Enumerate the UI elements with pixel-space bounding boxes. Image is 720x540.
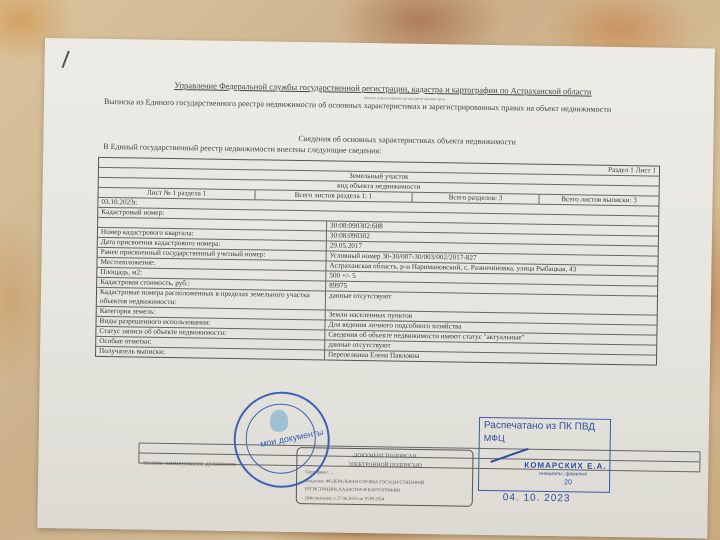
handwritten-signature [490,448,528,463]
stamp-date: 04. 10. 2023 [503,492,571,504]
stamp-line-1: Распечатано из ПК ПВД [484,420,595,433]
signature-caption: полное наименование должности [143,460,236,468]
fields-list: Номер кадастрового квартала:30:08:090302… [96,228,658,365]
sheets-total: Всего листов выписки: 3 [539,195,658,206]
section-sheet: Раздел 1 Лист 1 [605,166,659,176]
stamp-name: КОМАРСКИХ Е.А. [524,461,606,471]
seal-logo-icon [270,410,288,432]
pen-mark [62,51,70,69]
document-page: Управление Федеральной службы государств… [37,38,715,538]
electronic-signature-box: ДОКУМЕНТ ПОДПИСАН ЭЛЕКТРОННОЙ ПОДПИСЬЮ С… [296,447,474,507]
stamp-caption: инициалы, фамилия [539,471,587,478]
printed-from-stamp: Распечатано из ПК ПВД МФЦ КОМАРСКИХ Е.А.… [478,417,611,493]
stamp-line-2: МФЦ [484,433,505,443]
eds-validity: Действителен: с 27.06.2023 по 19.09.2024 [297,494,472,505]
seal-text: мои документы [259,428,324,449]
property-table: Раздел 1 Лист 1 Земельный участок вид об… [95,157,660,366]
stamp-year: 20 [564,479,572,486]
intro-text: В Единый государственный реестр недвижим… [103,142,381,155]
extract-title: Выписка из Единого государственного реес… [104,97,611,114]
agency-header: Управление Федеральной службы государств… [174,80,591,97]
field-label: Кадастровые номера расположенных в преде… [97,288,326,310]
